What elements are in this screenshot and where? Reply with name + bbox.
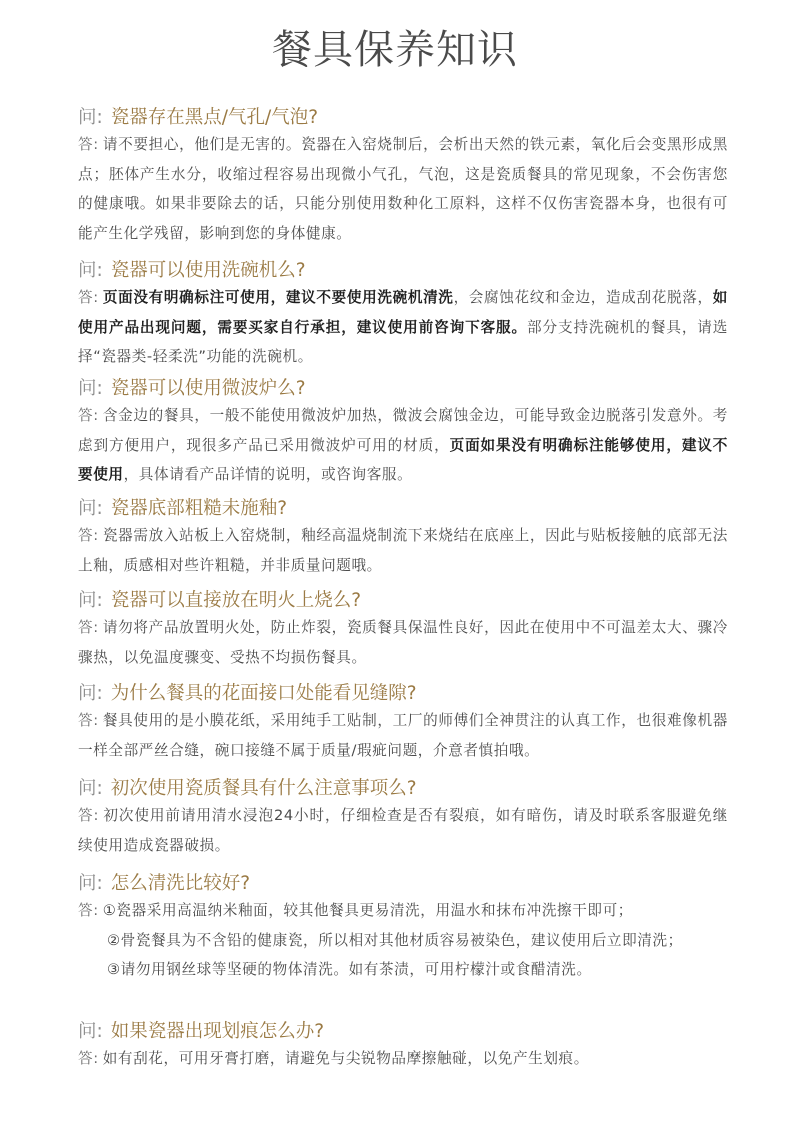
answer-prefix: 答:: [78, 527, 99, 544]
faq-answer: 答:瓷器需放入站板上入窑烧制，釉经高温烧制流下来烧结在底座上，因此与贴板接触的底…: [78, 521, 728, 580]
question-prefix: 问:: [78, 778, 103, 799]
faq-item: 问:为什么餐具的花面接口处能看见缝隙? 答:餐具使用的是小膜花纸，采用纯手工贴制…: [78, 682, 728, 765]
faq-question: 问:为什么餐具的花面接口处能看见缝隙?: [78, 682, 728, 706]
answer-prefix: 答:: [78, 619, 99, 636]
answer-text: 如有刮花，可用牙膏打磨，请避免与尖锐物品摩擦触碰，以免产生划痕。: [103, 1050, 589, 1067]
answer-text: ，会腐蚀花纹和金边，造成刮花脱落，: [454, 289, 713, 306]
question-text: 瓷器可以直接放在明火上烧么?: [111, 590, 361, 611]
question-prefix: 问:: [78, 873, 103, 894]
question-prefix: 问:: [78, 107, 103, 128]
answer-step: 答:①瓷器采用高温纳米釉面，较其他餐具更易清洗，用温水和抹布冲洗擦干即可；: [78, 896, 728, 926]
answer-text: 初次使用前请用清水浸泡24小时，仔细检查是否有裂痕，如有暗伤，请及时联系客服避免…: [78, 807, 728, 854]
faq-item: 问:瓷器可以使用微波炉么? 答:含金边的餐具，一般不能使用微波炉加热，微波会腐蚀…: [78, 377, 728, 490]
question-prefix: 问:: [78, 378, 103, 399]
faq-answer: 答:请勿将产品放置明火处，防止炸裂，瓷质餐具保温性良好，因此在使用中不可温差太大…: [78, 613, 728, 672]
faq-question: 问:瓷器底部粗糙未施釉?: [78, 497, 728, 521]
answer-prefix: 答:: [78, 289, 99, 306]
faq-question: 问:如果瓷器出现划痕怎么办?: [78, 1020, 728, 1044]
faq-answer: 答:初次使用前请用清水浸泡24小时，仔细检查是否有裂痕，如有暗伤，请及时联系客服…: [78, 801, 728, 860]
question-text: 瓷器存在黑点/气孔/气泡?: [111, 107, 318, 128]
faq-question: 问:瓷器可以使用微波炉么?: [78, 377, 728, 401]
faq-question: 问:瓷器存在黑点/气孔/气泡?: [78, 106, 728, 130]
answer-prefix: 答:: [78, 902, 99, 919]
faq-answer: 答:请不要担心，他们是无害的。瓷器在入窑烧制后，会析出天然的铁元素，氧化后会变黑…: [78, 130, 728, 248]
answer-text: 瓷器需放入站板上入窑烧制，釉经高温烧制流下来烧结在底座上，因此与贴板接触的底部无…: [78, 527, 728, 574]
question-text: 瓷器可以使用洗碗机么?: [111, 260, 306, 281]
faq-answer: 答:含金边的餐具，一般不能使用微波炉加热，微波会腐蚀金边，可能导致金边脱落引发意…: [78, 401, 728, 490]
faq-item: 问:瓷器可以直接放在明火上烧么? 答:请勿将产品放置明火处，防止炸裂，瓷质餐具保…: [78, 589, 728, 672]
question-prefix: 问:: [78, 498, 103, 519]
question-prefix: 问:: [78, 683, 103, 704]
page-title: 餐具保养知识: [0, 18, 790, 75]
faq-answer: 答:餐具使用的是小膜花纸，采用纯手工贴制，工厂的师傅们全神贯注的认真工作，也很难…: [78, 706, 728, 765]
question-text: 瓷器可以使用微波炉么?: [111, 378, 306, 399]
question-text: 如果瓷器出现划痕怎么办?: [111, 1021, 324, 1042]
faq-item: 问:瓷器存在黑点/气孔/气泡? 答:请不要担心，他们是无害的。瓷器在入窑烧制后，…: [78, 106, 728, 248]
faq-question: 问:瓷器可以使用洗碗机么?: [78, 259, 728, 283]
faq-answer: 答:如有刮花，可用牙膏打磨，请避免与尖锐物品摩擦触碰，以免产生划痕。: [78, 1044, 728, 1074]
question-prefix: 问:: [78, 1021, 103, 1042]
answer-text: 请勿将产品放置明火处，防止炸裂，瓷质餐具保温性良好，因此在使用中不可温差太大、骤…: [78, 619, 728, 666]
faq-answer: 答:①瓷器采用高温纳米釉面，较其他餐具更易清洗，用温水和抹布冲洗擦干即可； ②骨…: [78, 896, 728, 985]
faq-item: 问:如果瓷器出现划痕怎么办? 答:如有刮花，可用牙膏打磨，请避免与尖锐物品摩擦触…: [78, 1020, 728, 1074]
answer-prefix: 答:: [78, 807, 99, 824]
answer-prefix: 答:: [78, 712, 99, 729]
answer-step: ③请勿用钢丝球等坚硬的物体清洗。如有茶渍，可用柠檬汁或食醋清洗。: [78, 955, 728, 985]
answer-text: ，具体请看产品详情的说明，或咨询客服。: [124, 466, 413, 483]
faq-question: 问:初次使用瓷质餐具有什么注意事项么?: [78, 777, 728, 801]
faq-question: 问:怎么清洗比较好?: [78, 872, 728, 896]
faq-question: 问:瓷器可以直接放在明火上烧么?: [78, 589, 728, 613]
answer-prefix: 答:: [78, 407, 99, 424]
answer-text: 请不要担心，他们是无害的。瓷器在入窑烧制后，会析出天然的铁元素，氧化后会变黑形成…: [78, 136, 728, 242]
answer-bold-text: 页面没有明确标注可使用，建议不要使用洗碗机清洗: [103, 289, 454, 306]
answer-step: ②骨瓷餐具为不含铅的健康瓷，所以相对其他材质容易被染色，建议使用后立即清洗；: [78, 926, 728, 956]
answer-prefix: 答:: [78, 136, 99, 153]
question-text: 怎么清洗比较好?: [111, 873, 250, 894]
answer-step-text: ①瓷器采用高温纳米釉面，较其他餐具更易清洗，用温水和抹布冲洗擦干即可；: [103, 902, 633, 919]
faq-answer: 答:页面没有明确标注可使用，建议不要使用洗碗机清洗，会腐蚀花纹和金边，造成刮花脱…: [78, 283, 728, 372]
question-text: 初次使用瓷质餐具有什么注意事项么?: [111, 778, 417, 799]
question-prefix: 问:: [78, 260, 103, 281]
faq-item: 问:怎么清洗比较好? 答:①瓷器采用高温纳米釉面，较其他餐具更易清洗，用温水和抹…: [78, 872, 728, 985]
question-prefix: 问:: [78, 590, 103, 611]
answer-prefix: 答:: [78, 1050, 99, 1067]
faq-item: 问:初次使用瓷质餐具有什么注意事项么? 答:初次使用前请用清水浸泡24小时，仔细…: [78, 777, 728, 860]
faq-item: 问:瓷器可以使用洗碗机么? 答:页面没有明确标注可使用，建议不要使用洗碗机清洗，…: [78, 259, 728, 372]
question-text: 为什么餐具的花面接口处能看见缝隙?: [111, 683, 417, 704]
answer-text: 餐具使用的是小膜花纸，采用纯手工贴制，工厂的师傅们全神贯注的认真工作，也很难像机…: [78, 712, 728, 759]
faq-item: 问:瓷器底部粗糙未施釉? 答:瓷器需放入站板上入窑烧制，釉经高温烧制流下来烧结在…: [78, 497, 728, 580]
question-text: 瓷器底部粗糙未施釉?: [111, 498, 287, 519]
